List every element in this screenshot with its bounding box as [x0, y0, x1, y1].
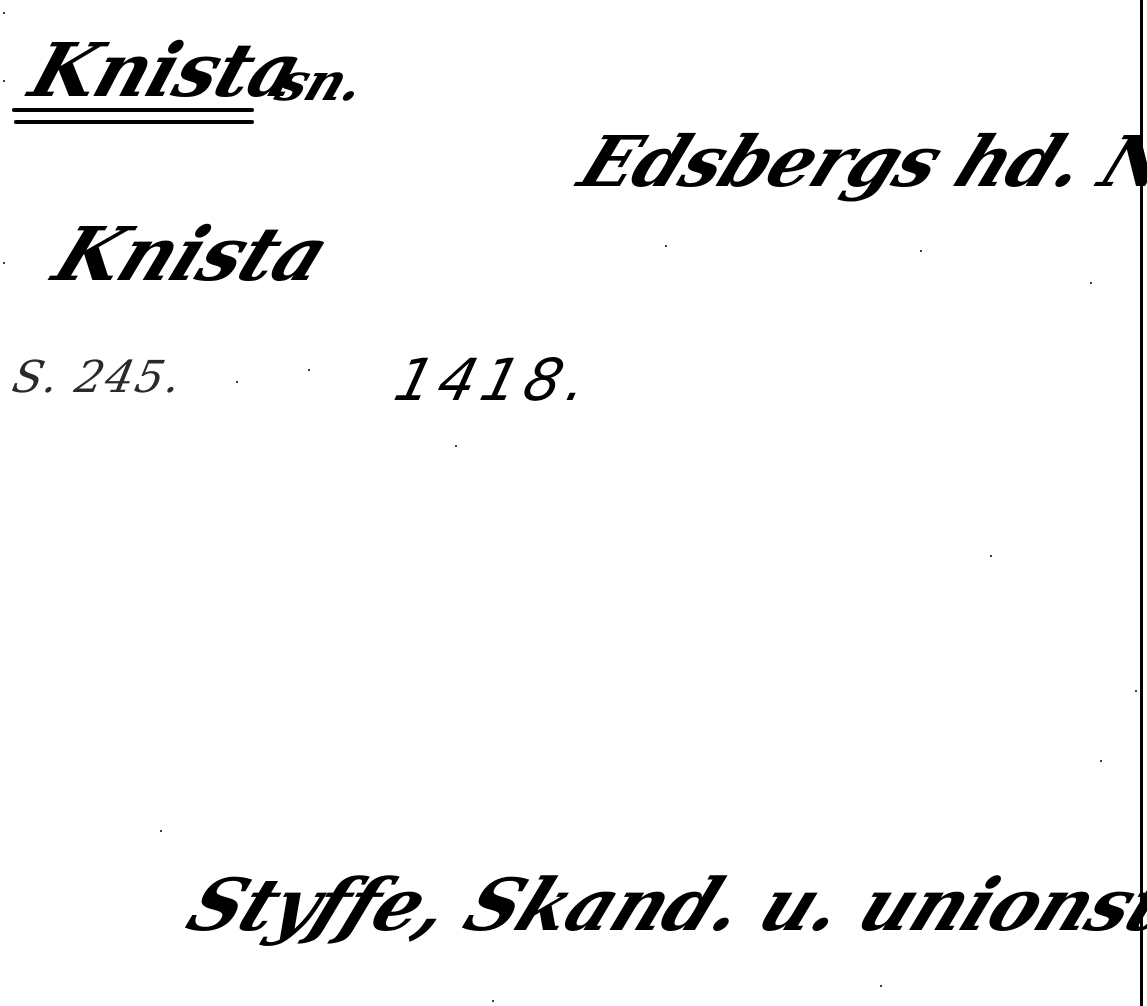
scan-speck [1135, 690, 1137, 692]
scan-speck [880, 985, 882, 987]
place-name: Knista [42, 212, 341, 298]
card-edge-border [1140, 0, 1143, 1006]
scan-speck [308, 369, 310, 371]
scan-speck [455, 445, 457, 447]
scan-speck [1090, 282, 1092, 284]
scan-speck [492, 1000, 494, 1002]
district-name: Edsbergs hd. Nrk. [568, 120, 1147, 203]
page-reference: S. 245. [8, 352, 187, 403]
title-underline-top [12, 108, 254, 112]
parish-name: Knista [20, 28, 312, 114]
scan-speck [236, 381, 238, 383]
source-citation: Styffe, Skand. u. unionstiden. [176, 862, 1147, 947]
scan-speck [3, 262, 5, 264]
year: 1418. [388, 346, 601, 414]
scan-speck [665, 245, 667, 247]
scan-speck [990, 555, 992, 557]
scan-speck [1100, 760, 1102, 762]
scan-speck [3, 80, 5, 82]
title-underline-bottom [14, 120, 254, 124]
scan-speck [920, 250, 922, 252]
scan-speck [160, 830, 162, 832]
index-card: Knista sn. Edsbergs hd. Nrk. Knista S. 2… [0, 0, 1147, 1006]
scan-speck [3, 12, 5, 14]
